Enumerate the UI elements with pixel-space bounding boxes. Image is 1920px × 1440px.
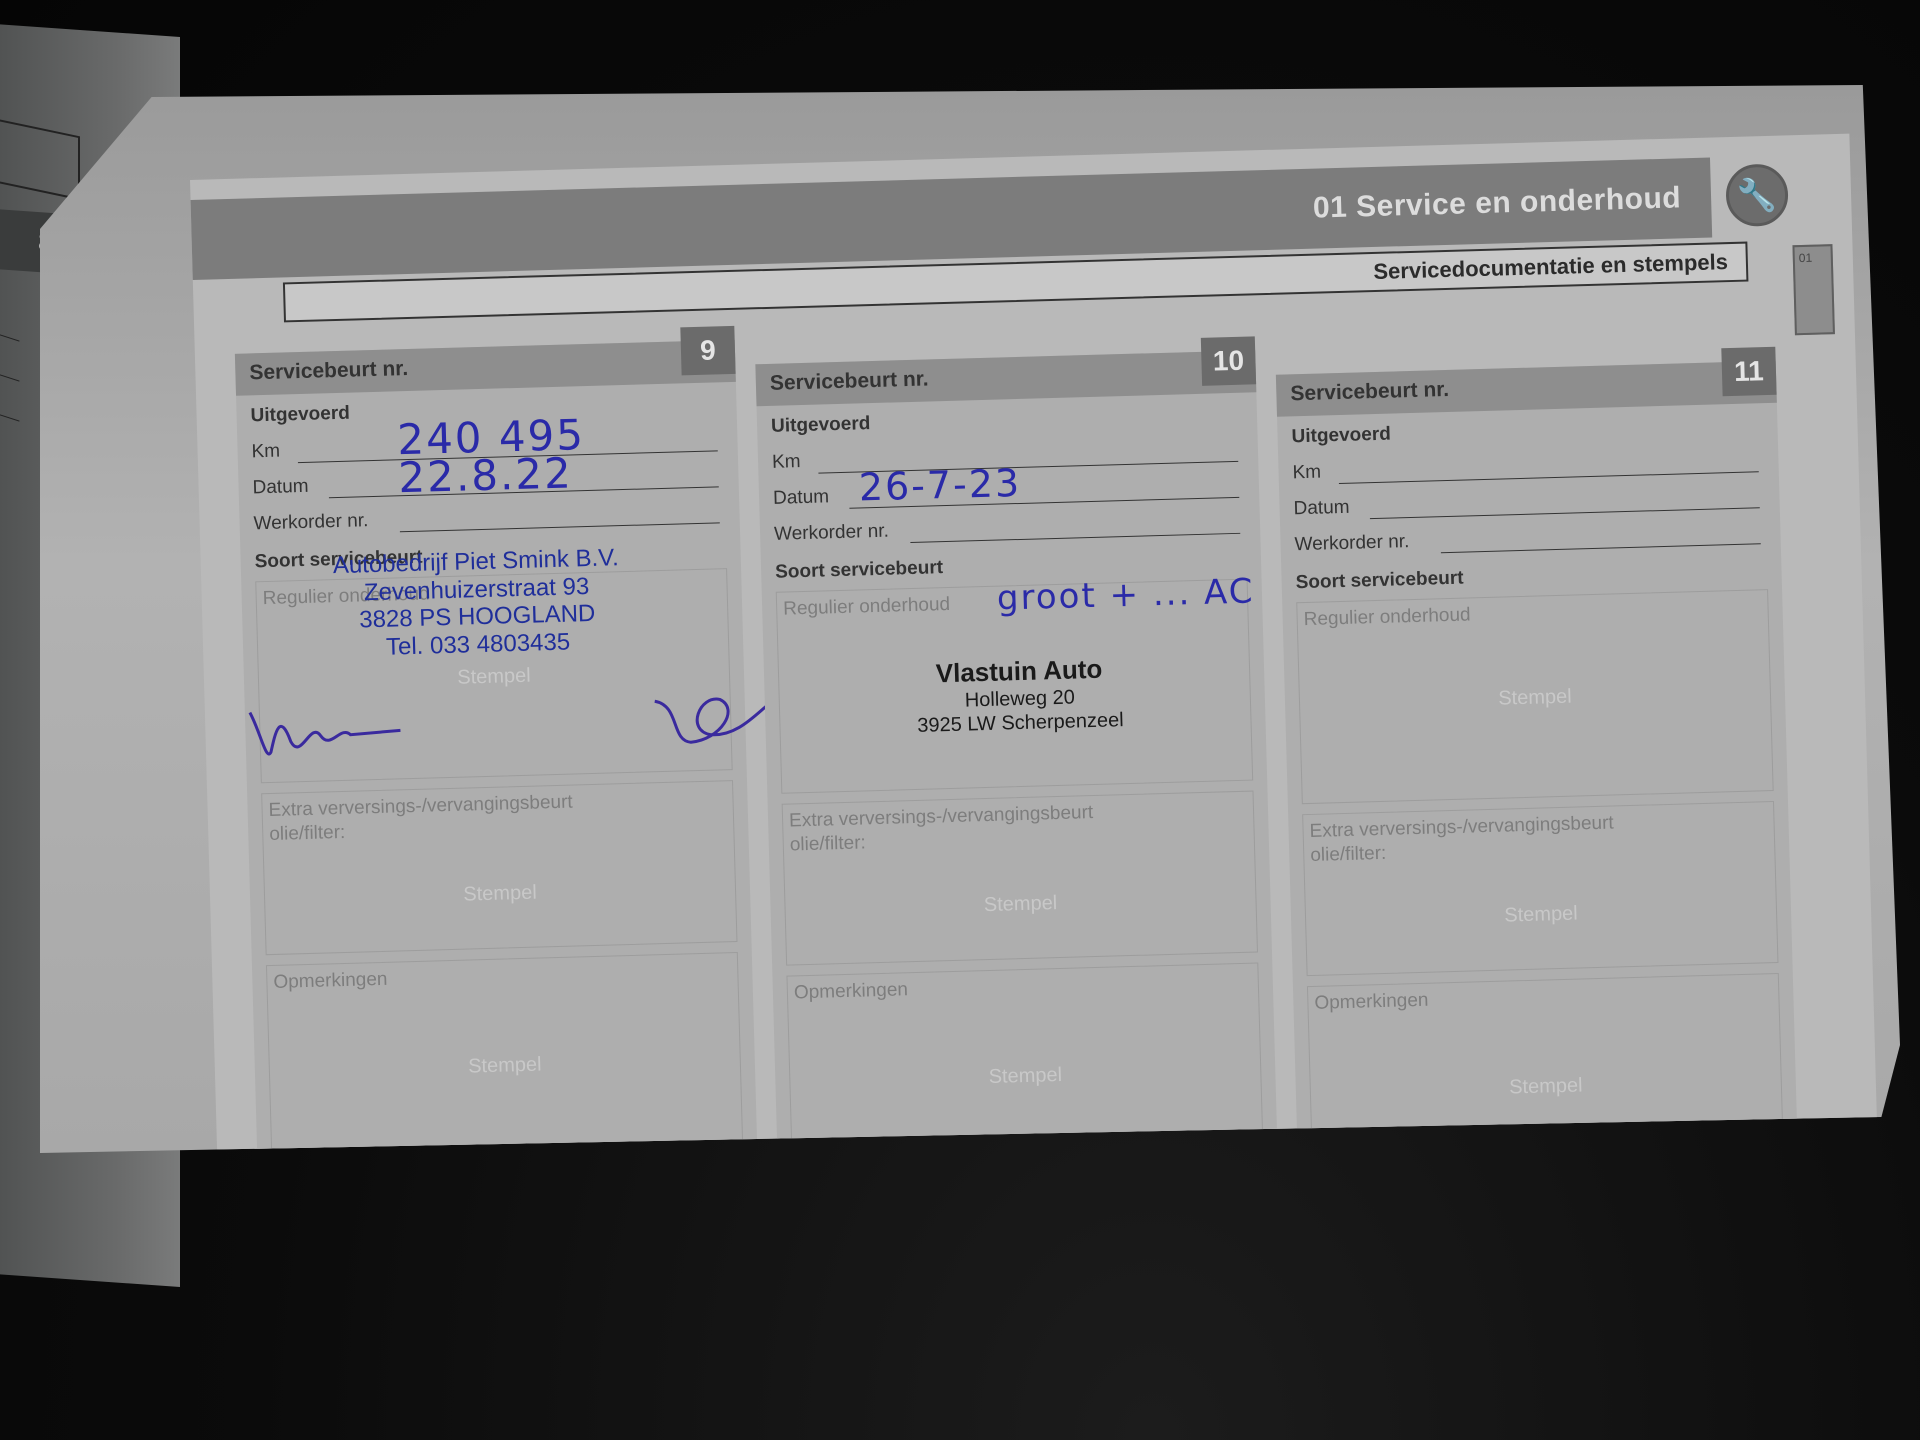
page-content: 01 Service en onderhoud 🔧 Servicedocumen… bbox=[190, 134, 1880, 1280]
remarks-label: Opmerkingen bbox=[1314, 990, 1429, 1015]
extra-sub-label: olie/filter: bbox=[790, 832, 867, 856]
regular-label: Regulier onderhoud bbox=[783, 594, 950, 621]
workorder-label: Werkorder nr. bbox=[253, 510, 368, 535]
page-footer-band bbox=[39, 1146, 1901, 1280]
extra-label: Extra verversings-/vervangingsbeurt bbox=[1309, 813, 1614, 843]
workorder-field[interactable] bbox=[910, 533, 1240, 543]
date-value: 26-7-23 bbox=[858, 461, 1021, 510]
extra-label: Extra verversings-/vervangingsbeurt bbox=[789, 802, 1094, 832]
form-line bbox=[0, 368, 20, 381]
stamp-placeholder: Stempel bbox=[790, 1058, 1260, 1094]
card-header: Servicebeurt nr. 11 bbox=[1276, 361, 1777, 417]
card-number: 11 bbox=[1721, 347, 1776, 396]
remarks-label: Opmerkingen bbox=[273, 969, 388, 994]
km-field[interactable] bbox=[1339, 471, 1759, 484]
remarks-label: Opmerkingen bbox=[794, 979, 909, 1004]
type-label: Soort servicebeurt bbox=[775, 557, 943, 584]
regular-section: Regulier onderhoud groot + ... AC Vlastu… bbox=[776, 579, 1253, 794]
km-label: Km bbox=[251, 441, 280, 464]
workorder-field[interactable] bbox=[1441, 543, 1761, 553]
service-card-10: Servicebeurt nr. 10 Uitgevoerd Km Datum … bbox=[755, 350, 1279, 1224]
extra-sub-label: olie/filter: bbox=[1310, 843, 1387, 867]
remarks-section: Opmerkingen Stempel bbox=[266, 952, 743, 1167]
stamp-placeholder: Stempel bbox=[785, 887, 1255, 923]
regular-section: Regulier onderhoud Stempel Autobedrijf P… bbox=[255, 568, 732, 783]
regular-note: groot + ... AC bbox=[996, 571, 1257, 618]
remarks-section: Opmerkingen Stempel bbox=[786, 962, 1263, 1177]
section-title: 01 Service en onderhoud bbox=[1312, 181, 1681, 225]
wrench-icon: 🔧 bbox=[1725, 163, 1789, 227]
booklet-page: 01 Service en onderhoud 🔧 Servicedocumen… bbox=[40, 85, 1900, 1285]
stamp-placeholder: Stempel bbox=[270, 1048, 740, 1084]
extra-section: Extra verversings-/vervangingsbeurt olie… bbox=[782, 791, 1258, 966]
form-line bbox=[0, 328, 20, 341]
extra-section: Extra verversings-/vervangingsbeurt olie… bbox=[261, 780, 737, 955]
side-tab: 01 bbox=[1792, 244, 1834, 335]
type-label: Soort servicebeurt bbox=[1295, 568, 1463, 595]
extra-sub-label: olie/filter: bbox=[269, 822, 346, 846]
card-header: Servicebeurt nr. 10 bbox=[755, 350, 1256, 406]
km-label: Km bbox=[1292, 462, 1321, 485]
card-heading: Servicebeurt nr. bbox=[1290, 378, 1449, 406]
dealer-stamp: Vlastuin Auto Holleweg 20 3925 LW Scherp… bbox=[839, 651, 1201, 740]
stamp-placeholder: Stempel bbox=[1306, 897, 1776, 933]
workorder-label: Werkorder nr. bbox=[774, 521, 889, 546]
date-field[interactable] bbox=[1370, 507, 1760, 519]
regular-section: Regulier onderhoud Stempel bbox=[1296, 589, 1773, 804]
left-page-box bbox=[0, 117, 80, 200]
stamp-placeholder: Stempel bbox=[1300, 680, 1770, 716]
date-label: Datum bbox=[773, 486, 830, 510]
form-line bbox=[0, 408, 20, 421]
workorder-field[interactable] bbox=[400, 522, 720, 532]
date-label: Datum bbox=[252, 476, 309, 500]
card-number: 10 bbox=[1201, 336, 1256, 385]
service-card-9: Servicebeurt nr. 9 Uitgevoerd Km 240 495… bbox=[235, 340, 759, 1214]
card-heading: Servicebeurt nr. bbox=[249, 357, 408, 385]
remarks-section: Opmerkingen Stempel bbox=[1307, 973, 1784, 1188]
performed-label: Uitgevoerd bbox=[250, 403, 350, 428]
card-number: 9 bbox=[680, 326, 735, 375]
section-subtitle: Servicedocumentatie en stempels bbox=[1373, 249, 1728, 285]
workorder-label: Werkorder nr. bbox=[1294, 531, 1409, 556]
stamp-placeholder: Stempel bbox=[1311, 1069, 1781, 1105]
date-value: 22.8.22 bbox=[398, 448, 574, 502]
performed-label: Uitgevoerd bbox=[1291, 424, 1391, 449]
signature-icon bbox=[239, 687, 441, 773]
stamp-placeholder: Stempel bbox=[265, 876, 735, 912]
service-card-11: Servicebeurt nr. 11 Uitgevoerd Km Datum … bbox=[1276, 361, 1800, 1235]
extra-label: Extra verversings-/vervangingsbeurt bbox=[268, 792, 573, 822]
performed-label: Uitgevoerd bbox=[771, 413, 871, 438]
date-label: Datum bbox=[1293, 497, 1350, 521]
card-header: Servicebeurt nr. 9 bbox=[235, 340, 736, 396]
card-heading: Servicebeurt nr. bbox=[770, 367, 929, 395]
extra-section: Extra verversings-/vervangingsbeurt olie… bbox=[1302, 801, 1778, 976]
km-label: Km bbox=[772, 451, 801, 474]
regular-label: Regulier onderhoud bbox=[1303, 604, 1470, 631]
dealer-stamp: Autobedrijf Piet Smink B.V. Zevenhuizers… bbox=[295, 543, 658, 663]
